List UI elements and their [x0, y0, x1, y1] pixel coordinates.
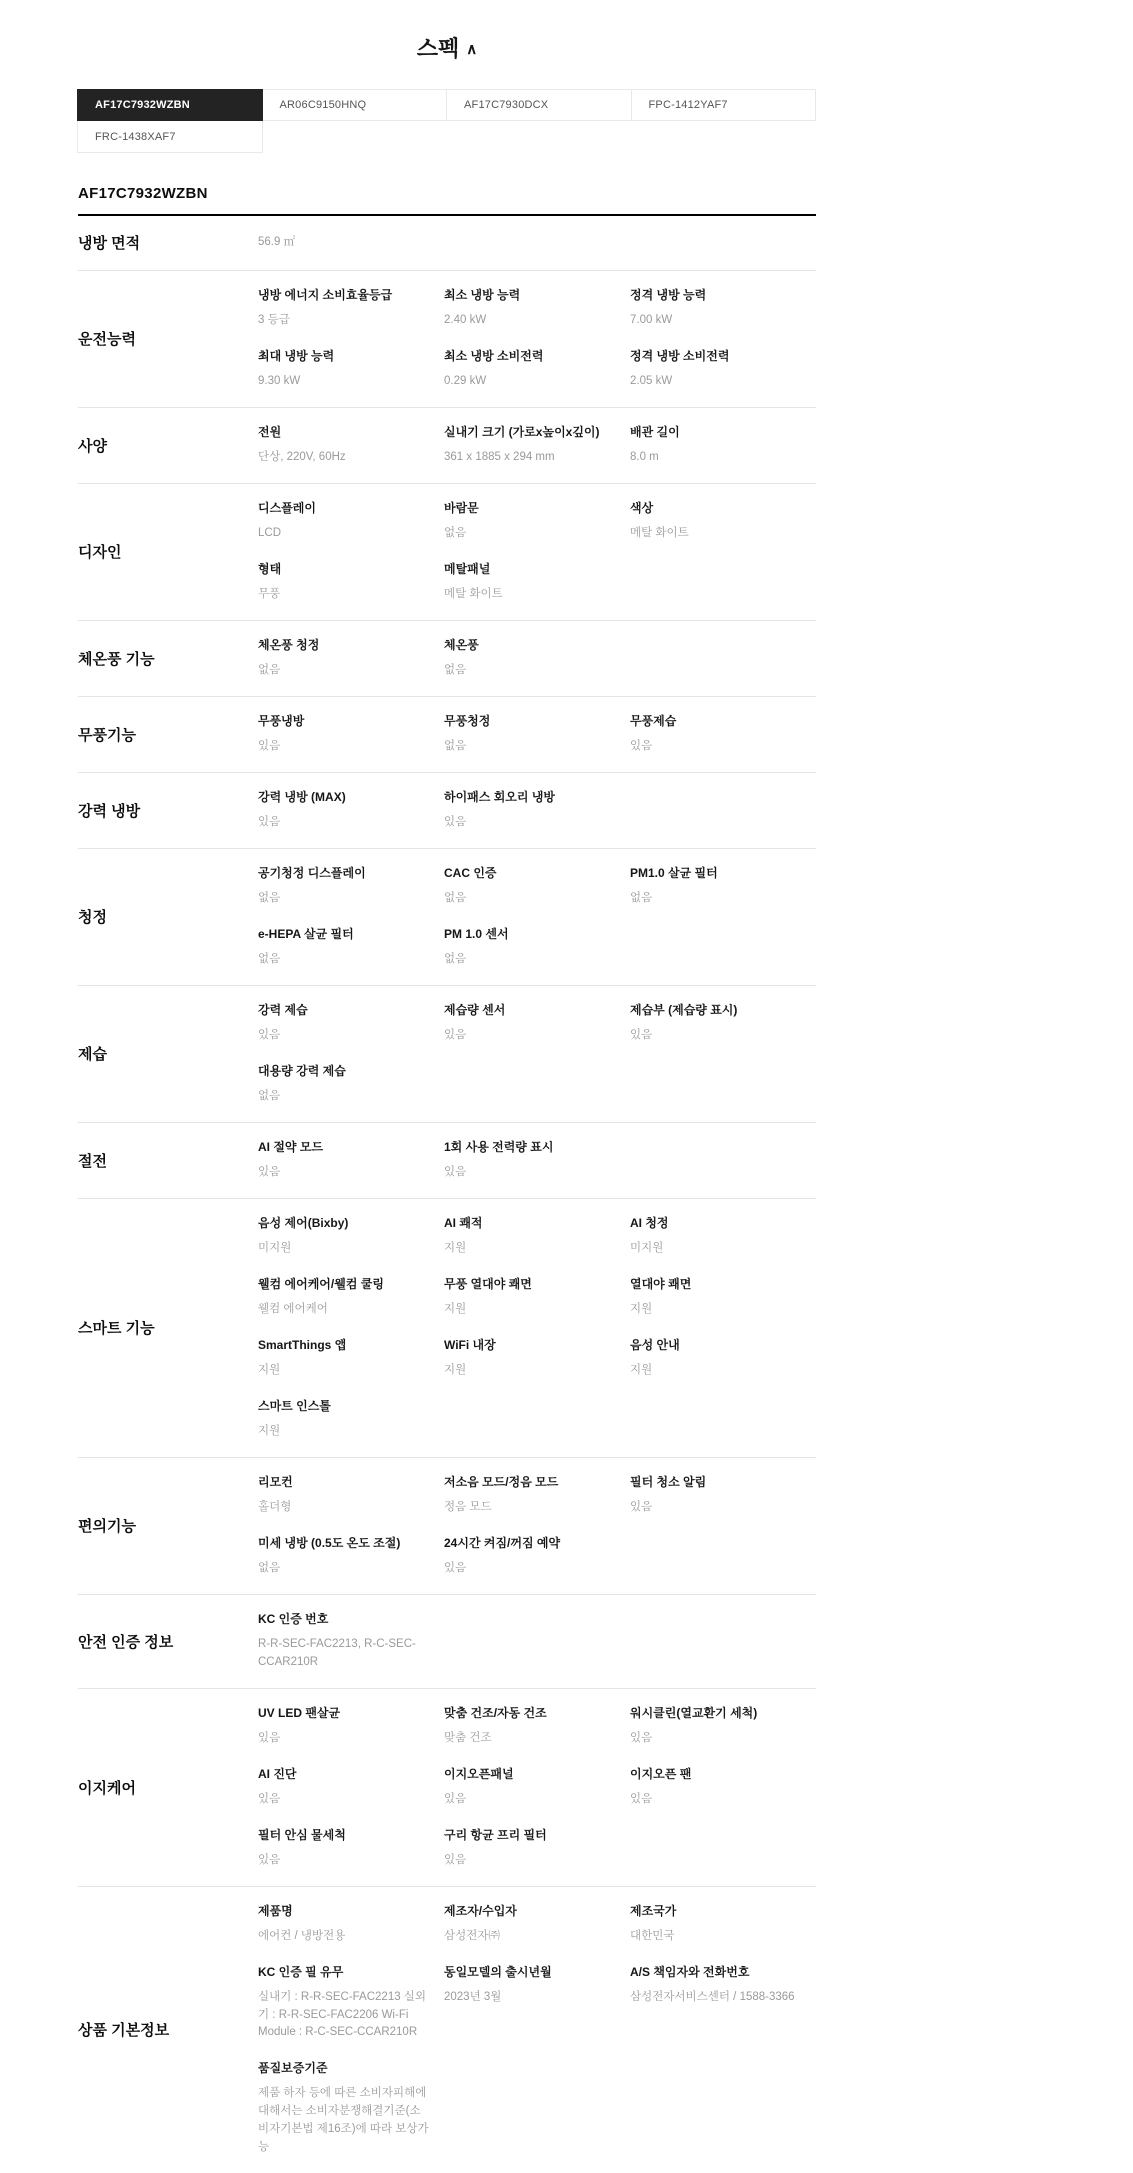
spec-item-value: 무풍 — [258, 586, 430, 604]
spec-item-label: 무풍청정 — [444, 713, 616, 729]
tab-af17c7932wzbn[interactable]: AF17C7932WZBN — [77, 89, 263, 121]
spec-item-label: 냉방 에너지 소비효율등급 — [258, 287, 430, 303]
spec-section: 편의기능리모컨홀더형저소음 모드/정음 모드정음 모드필터 청소 알림있음미세 … — [78, 1458, 816, 1595]
section-row: 음성 제어(Bixby)미지원AI 쾌적지원AI 청정미지원 — [258, 1206, 816, 1267]
spec-section: 무풍기능무풍냉방있음무풍청정없음무풍제습있음 — [78, 697, 816, 773]
section-title: 스마트 기능 — [78, 1317, 258, 1338]
spec-item-value: 없음 — [444, 525, 616, 543]
spec-item: 정격 냉방 능력7.00 kW — [630, 278, 816, 339]
spec-item-label: 전원 — [258, 424, 430, 440]
spec-item-label: 품질보증기준 — [258, 2060, 430, 2076]
collapse-chevron-icon: ∧ — [466, 41, 477, 58]
spec-item-label: 제습부 (제습량 표시) — [630, 1002, 802, 1018]
spec-item: 디스플레이LCD — [258, 491, 444, 552]
spec-item-value: 제품 하자 등에 따른 소비자피해에 대해서는 소비자분쟁해결기준(소비자기본법… — [258, 2085, 430, 2156]
section-row: 스마트 인스톨지원 — [258, 1389, 816, 1450]
spec-item: 56.9 ㎡ — [258, 223, 444, 263]
spec-item-label: 제품명 — [258, 1903, 430, 1919]
spec-item: 리모컨홀더형 — [258, 1465, 444, 1526]
spec-item-label: 정격 냉방 능력 — [630, 287, 802, 303]
spec-item: 바람문없음 — [444, 491, 630, 552]
spec-item-label: SmartThings 앱 — [258, 1337, 430, 1353]
section-row: 대용량 강력 제습없음 — [258, 1054, 816, 1115]
section-row: 강력 제습있음제습량 센서있음제습부 (제습량 표시)있음 — [258, 993, 816, 1054]
spec-item-label: 24시간 켜짐/꺼짐 예약 — [444, 1535, 616, 1551]
spec-item-value: R-R-SEC-FAC2213, R-C-SEC-CCAR210R — [258, 1636, 430, 1672]
spec-item: 실내기 크기 (가로x높이x깊이)361 x 1885 x 294 mm — [444, 415, 630, 476]
section-title: 청정 — [78, 906, 258, 927]
spec-item-value: 지원 — [258, 1423, 430, 1441]
spec-item-value: 2023년 3월 — [444, 1989, 616, 2007]
spec-section: 제습강력 제습있음제습량 센서있음제습부 (제습량 표시)있음대용량 강력 제습… — [78, 986, 816, 1123]
section-row: 전원단상, 220V, 60Hz실내기 크기 (가로x높이x깊이)361 x 1… — [258, 415, 816, 476]
spec-item: 제습부 (제습량 표시)있음 — [630, 993, 816, 1054]
spec-item-value: 있음 — [258, 1027, 430, 1045]
spec-section: 청정공기청정 디스플레이없음CAC 인증없음PM1.0 살균 필터없음e-HEP… — [78, 849, 816, 986]
spec-item-label: 제조자/수입자 — [444, 1903, 616, 1919]
spec-item: 배관 길이8.0 m — [630, 415, 816, 476]
spec-item-value: 지원 — [444, 1301, 616, 1319]
spec-item-value: 메탈 화이트 — [444, 586, 616, 604]
section-title: 상품 기본정보 — [78, 2019, 258, 2040]
spec-item: AI 쾌적지원 — [444, 1206, 630, 1267]
spec-item: WiFi 내장지원 — [444, 1328, 630, 1389]
section-title: 편의기능 — [78, 1515, 258, 1536]
section-row: 미세 냉방 (0.5도 온도 조절)없음24시간 켜짐/꺼짐 예약있음 — [258, 1526, 816, 1587]
section-title: 이지케어 — [78, 1777, 258, 1798]
spec-item: 1회 사용 전력량 표시있음 — [444, 1130, 630, 1191]
spec-item-label: 무풍 열대야 쾌면 — [444, 1276, 616, 1292]
section-title: 체온풍 기능 — [78, 648, 258, 669]
spec-item-label: 체온풍 청정 — [258, 637, 430, 653]
spec-item: 체온풍없음 — [444, 628, 630, 689]
spec-item-label: 구리 항균 프리 필터 — [444, 1827, 616, 1843]
spec-item: 필터 안심 물세척있음 — [258, 1818, 444, 1879]
spec-item-value: 있음 — [444, 1027, 616, 1045]
spec-section: 이지케어UV LED 팬살균있음맞춤 건조/자동 건조맞춤 건조워시클린(열교환… — [78, 1689, 816, 1887]
spec-item-label: 최대 냉방 능력 — [258, 348, 430, 364]
spec-item-value: 없음 — [630, 890, 802, 908]
spec-item-label: 음성 제어(Bixby) — [258, 1215, 430, 1231]
spec-item-label: 이지오픈패널 — [444, 1766, 616, 1782]
spec-item-value: 없음 — [258, 951, 430, 969]
spec-item-label: 실내기 크기 (가로x높이x깊이) — [444, 424, 616, 440]
spec-item-value: 없음 — [444, 738, 616, 756]
spec-item-label: PM 1.0 센서 — [444, 926, 616, 942]
spec-item: SmartThings 앱지원 — [258, 1328, 444, 1389]
section-row: 체온풍 청정없음체온풍없음 — [258, 628, 816, 689]
spec-item: PM1.0 살균 필터없음 — [630, 856, 816, 917]
spec-item-label: AI 쾌적 — [444, 1215, 616, 1231]
spec-item-label: 메탈패널 — [444, 561, 616, 577]
spec-item: 제조국가대한민국 — [630, 1894, 816, 1955]
section-row: 품질보증기준제품 하자 등에 따른 소비자피해에 대해서는 소비자분쟁해결기준(… — [258, 2051, 816, 2165]
tab-frc-1438xaf7[interactable]: FRC-1438XAF7 — [77, 121, 263, 153]
spec-item-label: 강력 제습 — [258, 1002, 430, 1018]
spec-item: 하이패스 회오리 냉방있음 — [444, 780, 630, 841]
spec-item-label: 스마트 인스톨 — [258, 1398, 430, 1414]
spec-section: 디자인디스플레이LCD바람문없음색상메탈 화이트형태무풍메탈패널메탈 화이트 — [78, 484, 816, 621]
spec-item-value: 없음 — [258, 1088, 430, 1106]
section-row: 리모컨홀더형저소음 모드/정음 모드정음 모드필터 청소 알림있음 — [258, 1465, 816, 1526]
spec-item-value: 있음 — [444, 814, 616, 832]
spec-item-value: 지원 — [444, 1362, 616, 1380]
spec-item: PM 1.0 센서없음 — [444, 917, 630, 978]
spec-item-value: 0.29 kW — [444, 373, 616, 391]
spec-item-label: 웰컴 에어케어/웰컴 쿨링 — [258, 1276, 430, 1292]
section-title: 사양 — [78, 435, 258, 456]
spec-item: 미세 냉방 (0.5도 온도 조절)없음 — [258, 1526, 444, 1587]
spec-item-label: CAC 인증 — [444, 865, 616, 881]
spec-item-value: 9.30 kW — [258, 373, 430, 391]
spec-item: 이지오픈패널있음 — [444, 1757, 630, 1818]
spec-item-value: 실내기 : R-R-SEC-FAC2213 실외기 : R-R-SEC-FAC2… — [258, 1989, 430, 2042]
tabs-row-1: AF17C7932WZBNAR06C9150HNQAF17C7930DCXFPC… — [78, 89, 816, 121]
spec-item-value: 미지원 — [258, 1240, 430, 1258]
spec-item-value: 있음 — [258, 1164, 430, 1182]
spec-item: AI 진단있음 — [258, 1757, 444, 1818]
section-row: 웰컴 에어케어/웰컴 쿨링웰컴 에어케어무풍 열대야 쾌면지원열대야 쾌면지원 — [258, 1267, 816, 1328]
spec-item-label: 색상 — [630, 500, 802, 516]
section-title: 안전 인증 정보 — [78, 1631, 258, 1652]
spec-item-label: AI 절약 모드 — [258, 1139, 430, 1155]
spec-section: 강력 냉방강력 냉방 (MAX)있음하이패스 회오리 냉방있음 — [78, 773, 816, 849]
section-row: AI 진단있음이지오픈패널있음이지오픈 팬있음 — [258, 1757, 816, 1818]
spec-item-value: 메탈 화이트 — [630, 525, 802, 543]
spec-item-label: 최소 냉방 소비전력 — [444, 348, 616, 364]
section-row: KC 인증 번호R-R-SEC-FAC2213, R-C-SEC-CCAR210… — [258, 1602, 816, 1681]
spec-section: 안전 인증 정보KC 인증 번호R-R-SEC-FAC2213, R-C-SEC… — [78, 1595, 816, 1689]
spec-item-label: A/S 책임자와 전화번호 — [630, 1964, 802, 1980]
spec-item: e-HEPA 살균 필터없음 — [258, 917, 444, 978]
section-row: 형태무풍메탈패널메탈 화이트 — [258, 552, 816, 613]
section-title: 절전 — [78, 1150, 258, 1171]
section-row: AI 절약 모드있음1회 사용 전력량 표시있음 — [258, 1130, 816, 1191]
spec-section: 스마트 기능음성 제어(Bixby)미지원AI 쾌적지원AI 청정미지원웰컴 에… — [78, 1199, 816, 1458]
spec-item-label: 열대야 쾌면 — [630, 1276, 802, 1292]
spec-item-value: 단상, 220V, 60Hz — [258, 449, 430, 467]
spec-item-label: 제습량 센서 — [444, 1002, 616, 1018]
spec-item: 웰컴 에어케어/웰컴 쿨링웰컴 에어케어 — [258, 1267, 444, 1328]
spec-item: 냉방 에너지 소비효율등급3 등급 — [258, 278, 444, 339]
spec-item-value: 정음 모드 — [444, 1499, 616, 1517]
spec-item-label: KC 인증 필 유무 — [258, 1964, 430, 1980]
model-tabs: AF17C7932WZBNAR06C9150HNQAF17C7930DCXFPC… — [78, 89, 816, 153]
spec-item: 무풍 열대야 쾌면지원 — [444, 1267, 630, 1328]
spec-section: 냉방 면적56.9 ㎡ — [78, 216, 816, 271]
spec-item-label: 무풍냉방 — [258, 713, 430, 729]
spec-item: 전원단상, 220V, 60Hz — [258, 415, 444, 476]
spec-item-value: 있음 — [258, 738, 430, 756]
spec-item: 구리 항균 프리 필터있음 — [444, 1818, 630, 1879]
spec-item-value: 지원 — [258, 1362, 430, 1380]
section-row: 제품명에어컨 / 냉방전용제조자/수입자삼성전자㈜제조국가대한민국 — [258, 1894, 816, 1955]
section-title: 냉방 면적 — [78, 232, 258, 253]
spec-item-label: 리모컨 — [258, 1474, 430, 1490]
spec-item-label: 체온풍 — [444, 637, 616, 653]
spec-item: 워시클린(열교환기 세척)있음 — [630, 1696, 816, 1757]
spec-item-value: 홀더형 — [258, 1499, 430, 1517]
spec-section: 사양전원단상, 220V, 60Hz실내기 크기 (가로x높이x깊이)361 x… — [78, 408, 816, 484]
spec-item: 색상메탈 화이트 — [630, 491, 816, 552]
spec-item: 스마트 인스톨지원 — [258, 1389, 444, 1450]
spec-table: 냉방 면적56.9 ㎡운전능력냉방 에너지 소비효율등급3 등급최소 냉방 능력… — [78, 214, 816, 2173]
spec-item-value: 없음 — [258, 890, 430, 908]
spec-item-value: 2.05 kW — [630, 373, 802, 391]
spec-item-value: 있음 — [258, 814, 430, 832]
section-row: 강력 냉방 (MAX)있음하이패스 회오리 냉방있음 — [258, 780, 816, 841]
spec-item-value: 없음 — [444, 890, 616, 908]
spec-item: 대용량 강력 제습없음 — [258, 1054, 444, 1115]
spec-item-value: 맞춤 건조 — [444, 1730, 616, 1748]
spec-item-label: 디스플레이 — [258, 500, 430, 516]
section-row: KC 인증 필 유무실내기 : R-R-SEC-FAC2213 실외기 : R-… — [258, 1955, 816, 2052]
spec-item: 필터 청소 알림있음 — [630, 1465, 816, 1526]
spec-item: 무풍냉방있음 — [258, 704, 444, 765]
spec-item-value: 있음 — [444, 1791, 616, 1809]
spec-item: 강력 냉방 (MAX)있음 — [258, 780, 444, 841]
spec-item-label: 맞춤 건조/자동 건조 — [444, 1705, 616, 1721]
spec-item-value: 웰컴 에어케어 — [258, 1301, 430, 1319]
spec-item-label: 무풍제습 — [630, 713, 802, 729]
spec-item-label: 대용량 강력 제습 — [258, 1063, 430, 1079]
spec-item: 최소 냉방 소비전력0.29 kW — [444, 339, 630, 400]
section-row: e-HEPA 살균 필터없음PM 1.0 센서없음 — [258, 917, 816, 978]
spec-item-value: 있음 — [444, 1164, 616, 1182]
spec-item-label: 미세 냉방 (0.5도 온도 조절) — [258, 1535, 430, 1551]
spec-item: 제습량 센서있음 — [444, 993, 630, 1054]
spec-item: AI 절약 모드있음 — [258, 1130, 444, 1191]
spec-item-label: WiFi 내장 — [444, 1337, 616, 1353]
spec-section: 상품 기본정보제품명에어컨 / 냉방전용제조자/수입자삼성전자㈜제조국가대한민국… — [78, 1887, 816, 2173]
spec-item: 제조자/수입자삼성전자㈜ — [444, 1894, 630, 1955]
spec-heading-text: 스펙 — [417, 36, 460, 61]
spec-item: 저소음 모드/정음 모드정음 모드 — [444, 1465, 630, 1526]
spec-item: UV LED 팬살균있음 — [258, 1696, 444, 1757]
spec-section: 절전AI 절약 모드있음1회 사용 전력량 표시있음 — [78, 1123, 816, 1199]
spec-item-value: 있음 — [630, 1730, 802, 1748]
spec-item-value: 있음 — [258, 1730, 430, 1748]
section-title: 운전능력 — [78, 328, 258, 349]
spec-item-label: 음성 안내 — [630, 1337, 802, 1353]
tab-ar06c9150hnq[interactable]: AR06C9150HNQ — [262, 89, 448, 121]
spec-item: KC 인증 번호R-R-SEC-FAC2213, R-C-SEC-CCAR210… — [258, 1602, 444, 1681]
spec-item-value: LCD — [258, 525, 430, 543]
spec-item-value: 없음 — [258, 1560, 430, 1578]
spec-item: 품질보증기준제품 하자 등에 따른 소비자피해에 대해서는 소비자분쟁해결기준(… — [258, 2051, 444, 2165]
section-row: 최대 냉방 능력9.30 kW최소 냉방 소비전력0.29 kW정격 냉방 소비… — [258, 339, 816, 400]
spec-item-label: AI 진단 — [258, 1766, 430, 1782]
spec-item-value: 없음 — [444, 662, 616, 680]
section-row: 56.9 ㎡ — [258, 223, 816, 263]
spec-item-value: 지원 — [630, 1301, 802, 1319]
spec-item: 정격 냉방 소비전력2.05 kW — [630, 339, 816, 400]
spec-item-value: 361 x 1885 x 294 mm — [444, 449, 616, 467]
spec-item-value: 있음 — [258, 1852, 430, 1870]
spec-item: 무풍제습있음 — [630, 704, 816, 765]
section-title: 디자인 — [78, 541, 258, 562]
spec-item-value: 지원 — [444, 1240, 616, 1258]
spec-item-label: 공기청정 디스플레이 — [258, 865, 430, 881]
spec-item: KC 인증 필 유무실내기 : R-R-SEC-FAC2213 실외기 : R-… — [258, 1955, 444, 2052]
spec-item-label: 필터 청소 알림 — [630, 1474, 802, 1490]
spec-item-value: 2.40 kW — [444, 312, 616, 330]
section-row: 냉방 에너지 소비효율등급3 등급최소 냉방 능력2.40 kW정격 냉방 능력… — [258, 278, 816, 339]
spec-section: 운전능력냉방 에너지 소비효율등급3 등급최소 냉방 능력2.40 kW정격 냉… — [78, 271, 816, 408]
spec-item-label: 바람문 — [444, 500, 616, 516]
spec-heading[interactable]: 스펙∧ — [78, 0, 816, 63]
spec-item-label: 배관 길이 — [630, 424, 802, 440]
spec-item-label: 이지오픈 팬 — [630, 1766, 802, 1782]
spec-item-label: 하이패스 회오리 냉방 — [444, 789, 616, 805]
spec-item-value: 있음 — [444, 1852, 616, 1870]
spec-item: 제품명에어컨 / 냉방전용 — [258, 1894, 444, 1955]
spec-item-value: 대한민국 — [630, 1928, 802, 1946]
section-row: 필터 안심 물세척있음구리 항균 프리 필터있음 — [258, 1818, 816, 1879]
spec-item-value: 미지원 — [630, 1240, 802, 1258]
spec-item-label: PM1.0 살균 필터 — [630, 865, 802, 881]
spec-item-value: 있음 — [444, 1560, 616, 1578]
spec-item: 이지오픈 팬있음 — [630, 1757, 816, 1818]
spec-item: 형태무풍 — [258, 552, 444, 613]
section-row: 공기청정 디스플레이없음CAC 인증없음PM1.0 살균 필터없음 — [258, 856, 816, 917]
spec-page: 스펙∧ AF17C7932WZBNAR06C9150HNQAF17C7930DC… — [78, 0, 816, 2173]
tab-fpc-1412yaf7[interactable]: FPC-1412YAF7 — [631, 89, 817, 121]
spec-item: 체온풍 청정없음 — [258, 628, 444, 689]
section-row: SmartThings 앱지원WiFi 내장지원음성 안내지원 — [258, 1328, 816, 1389]
spec-item-value: 삼성전자㈜ — [444, 1928, 616, 1946]
section-title: 무풍기능 — [78, 724, 258, 745]
spec-item: A/S 책임자와 전화번호삼성전자서비스센터 / 1588-3366 — [630, 1955, 816, 2052]
spec-item-label: 정격 냉방 소비전력 — [630, 348, 802, 364]
spec-item: CAC 인증없음 — [444, 856, 630, 917]
spec-item-value: 있음 — [630, 1499, 802, 1517]
spec-section: 체온풍 기능체온풍 청정없음체온풍없음 — [78, 621, 816, 697]
spec-item-value: 3 등급 — [258, 312, 430, 330]
spec-item-value: 없음 — [258, 662, 430, 680]
spec-item: 메탈패널메탈 화이트 — [444, 552, 630, 613]
spec-item-label: UV LED 팬살균 — [258, 1705, 430, 1721]
tab-af17c7930dcx[interactable]: AF17C7930DCX — [446, 89, 632, 121]
spec-item-label: 워시클린(열교환기 세척) — [630, 1705, 802, 1721]
spec-item-label: 동일모델의 출시년월 — [444, 1964, 616, 1980]
spec-item-value: 없음 — [444, 951, 616, 969]
spec-item-value: 56.9 ㎡ — [258, 234, 295, 252]
spec-item: 동일모델의 출시년월2023년 3월 — [444, 1955, 630, 2052]
spec-item: 최대 냉방 능력9.30 kW — [258, 339, 444, 400]
spec-item-label: 필터 안심 물세척 — [258, 1827, 430, 1843]
spec-item-value: 있음 — [630, 738, 802, 756]
section-title: 제습 — [78, 1043, 258, 1064]
spec-item-value: 에어컨 / 냉방전용 — [258, 1928, 430, 1946]
tabs-row-2: FRC-1438XAF7 — [78, 121, 816, 153]
spec-item-value: 있음 — [630, 1027, 802, 1045]
model-title: AF17C7932WZBN — [78, 185, 816, 202]
section-row: 디스플레이LCD바람문없음색상메탈 화이트 — [258, 491, 816, 552]
section-title: 강력 냉방 — [78, 800, 258, 821]
spec-item: 무풍청정없음 — [444, 704, 630, 765]
spec-item: 공기청정 디스플레이없음 — [258, 856, 444, 917]
spec-item-label: 1회 사용 전력량 표시 — [444, 1139, 616, 1155]
spec-item-value: 7.00 kW — [630, 312, 802, 330]
spec-item-value: 있음 — [630, 1791, 802, 1809]
spec-item-value: 삼성전자서비스센터 / 1588-3366 — [630, 1989, 802, 2007]
spec-item: AI 청정미지원 — [630, 1206, 816, 1267]
spec-item-label: AI 청정 — [630, 1215, 802, 1231]
spec-item-label: 최소 냉방 능력 — [444, 287, 616, 303]
spec-item: 열대야 쾌면지원 — [630, 1267, 816, 1328]
spec-item-value: 지원 — [630, 1362, 802, 1380]
spec-item: 24시간 켜짐/꺼짐 예약있음 — [444, 1526, 630, 1587]
spec-item-label: 제조국가 — [630, 1903, 802, 1919]
spec-item: 최소 냉방 능력2.40 kW — [444, 278, 630, 339]
section-row: UV LED 팬살균있음맞춤 건조/자동 건조맞춤 건조워시클린(열교환기 세척… — [258, 1696, 816, 1757]
spec-item-label: 형태 — [258, 561, 430, 577]
spec-item-label: 강력 냉방 (MAX) — [258, 789, 430, 805]
spec-item-label: e-HEPA 살균 필터 — [258, 926, 430, 942]
spec-item: 음성 안내지원 — [630, 1328, 816, 1389]
section-row: 무풍냉방있음무풍청정없음무풍제습있음 — [258, 704, 816, 765]
spec-item-label: KC 인증 번호 — [258, 1611, 430, 1627]
spec-item-label: 저소음 모드/정음 모드 — [444, 1474, 616, 1490]
spec-item-value: 있음 — [258, 1791, 430, 1809]
spec-item: 음성 제어(Bixby)미지원 — [258, 1206, 444, 1267]
spec-item: 강력 제습있음 — [258, 993, 444, 1054]
spec-item: 맞춤 건조/자동 건조맞춤 건조 — [444, 1696, 630, 1757]
spec-item-value: 8.0 m — [630, 449, 802, 467]
